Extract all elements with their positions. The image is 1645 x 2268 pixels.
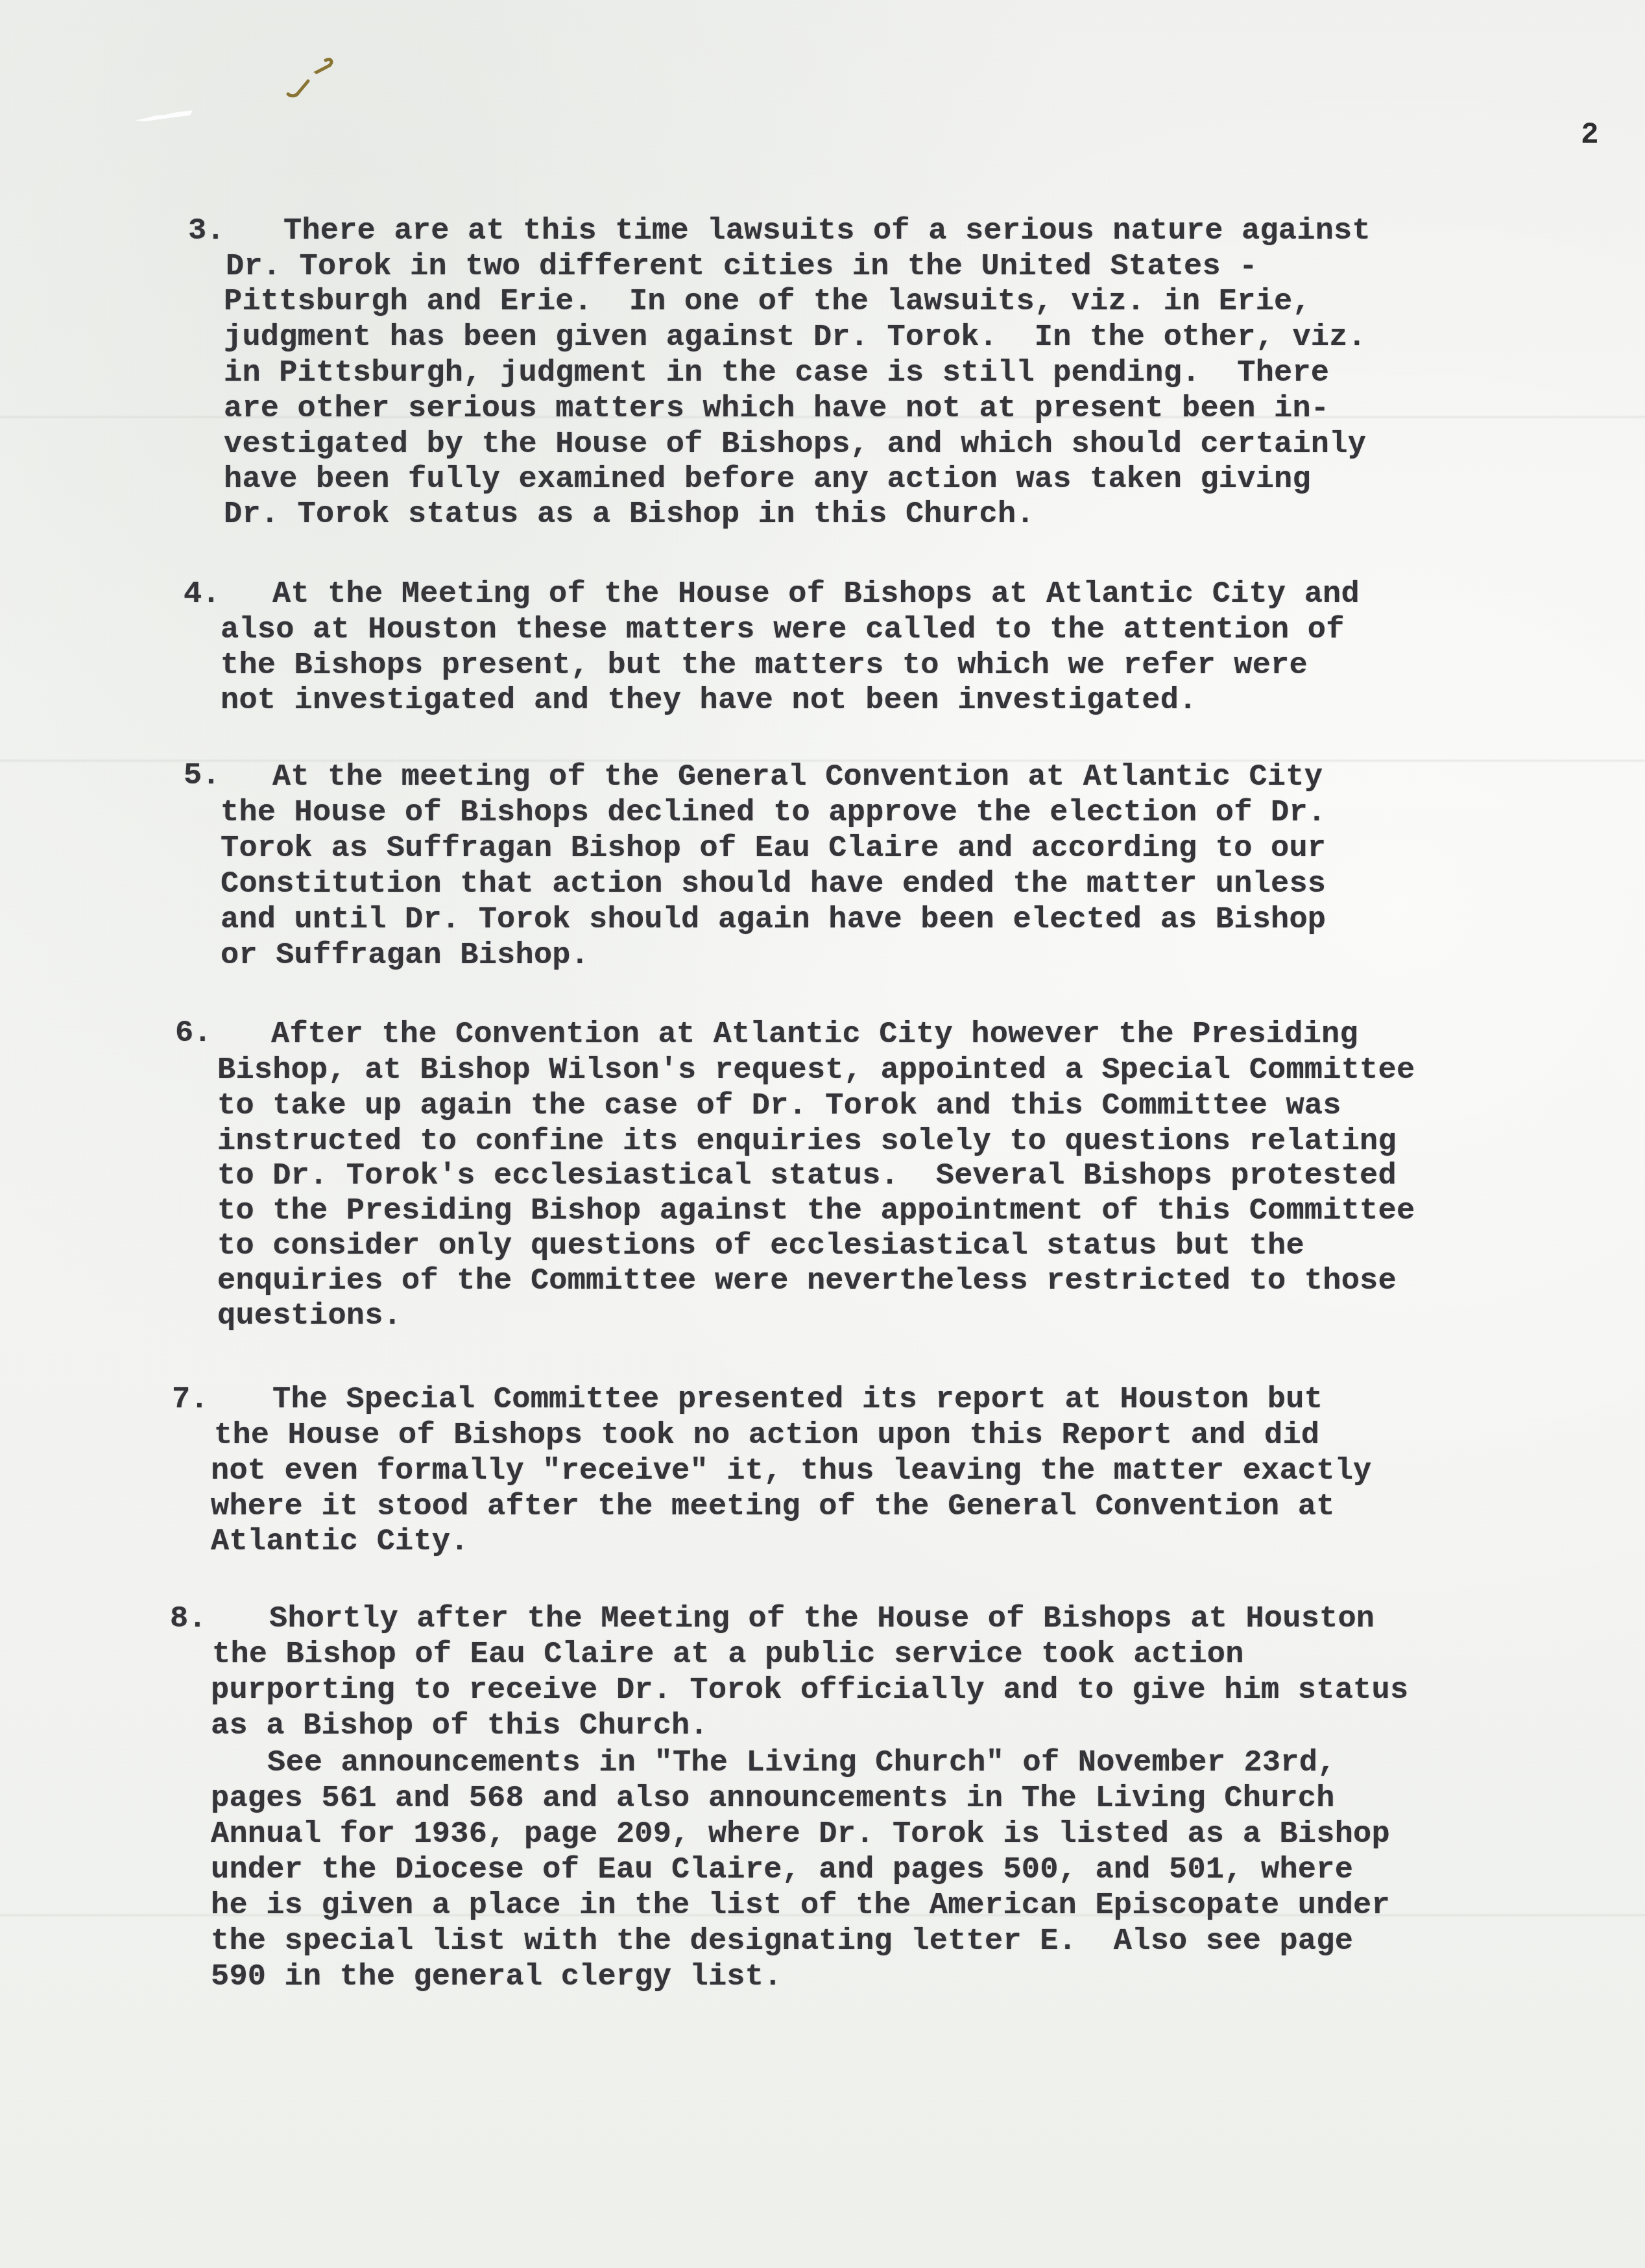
paragraph-line: enquiries of the Committee were neverthe… xyxy=(217,1266,1397,1296)
paragraph-number: 4. xyxy=(184,579,220,610)
paper-tear-mark xyxy=(133,109,195,123)
page-number: 2 xyxy=(1581,120,1599,150)
staple-icon xyxy=(279,55,337,101)
paragraph-line: Dr. Torok status as a Bishop in this Chu… xyxy=(224,499,1035,530)
paragraph-line: Torok as Suffragan Bishop of Eau Claire … xyxy=(221,833,1326,864)
paragraph-line: have been fully examined before any acti… xyxy=(224,464,1311,495)
paragraph-line: also at Houston these matters were calle… xyxy=(221,615,1345,645)
paragraph-line: to take up again the case of Dr. Torok a… xyxy=(217,1091,1341,1121)
paragraph-number: 3. xyxy=(188,216,224,246)
paragraph-line: the special list with the designating le… xyxy=(211,1926,1353,1957)
paragraph-number: 8. xyxy=(170,1604,206,1634)
paragraph-line: At the meeting of the General Convention… xyxy=(272,762,1323,793)
paragraph-line: the House of Bishops declined to approve… xyxy=(221,798,1326,828)
paragraph-line: The Special Committee presented its repo… xyxy=(272,1385,1323,1415)
paragraph-line: are other serious matters which have not… xyxy=(224,394,1329,424)
paragraph-line: At the Meeting of the House of Bishops a… xyxy=(272,579,1360,610)
paragraph-line: purporting to receive Dr. Torok official… xyxy=(211,1675,1408,1706)
paragraph-line: where it stood after the meeting of the … xyxy=(211,1492,1335,1522)
paragraph-line: and until Dr. Torok should again have be… xyxy=(221,905,1326,935)
paragraph-line: to consider only questions of ecclesiast… xyxy=(217,1231,1304,1261)
paragraph-line: 590 in the general clergy list. xyxy=(211,1962,782,1992)
document-page: 2 3. There are at this time lawsuits of … xyxy=(0,0,1645,2268)
paragraph-line: pages 561 and 568 and also announcements… xyxy=(211,1784,1335,1814)
paragraph-line: instructed to confine its enquiries sole… xyxy=(217,1127,1397,1157)
paragraph-line: the Bishops present, but the matters to … xyxy=(221,651,1308,681)
paragraph-line: under the Diocese of Eau Claire, and pag… xyxy=(211,1855,1353,1885)
paragraph-line: Constitution that action should have end… xyxy=(221,869,1326,900)
paragraph-line: There are at this time lawsuits of a ser… xyxy=(283,216,1371,246)
paragraph-line: See announcements in "The Living Church"… xyxy=(267,1748,1336,1778)
paragraph-line: Atlantic City. xyxy=(211,1527,469,1557)
paragraph-line: to Dr. Torok's ecclesiastical status. Se… xyxy=(217,1161,1397,1191)
paragraph-line: Dr. Torok in two different cities in the… xyxy=(226,252,1258,282)
paragraph-line: After the Convention at Atlantic City ho… xyxy=(271,1020,1358,1050)
paragraph-line: questions. xyxy=(217,1301,402,1331)
paragraph-line: to the Presiding Bishop against the appo… xyxy=(217,1196,1415,1226)
paragraph-number: 6. xyxy=(175,1018,211,1049)
paragraph-line: vestigated by the House of Bishops, and … xyxy=(224,429,1366,460)
paragraph-line: Bishop, at Bishop Wilson's request, appo… xyxy=(217,1055,1415,1086)
paragraph-line: Annual for 1936, page 209, where Dr. Tor… xyxy=(211,1819,1390,1850)
paragraph-line: in Pittsburgh, judgment in the case is s… xyxy=(224,358,1329,388)
paragraph-line: or Suffragan Bishop. xyxy=(221,940,589,971)
paragraph-line: not even formally "receive" it, thus lea… xyxy=(211,1456,1372,1486)
paragraph-line: Pittsburgh and Erie. In one of the lawsu… xyxy=(224,287,1311,317)
paragraph-line: as a Bishop of this Church. xyxy=(211,1711,708,1741)
paragraph-line: the Bishop of Eau Claire at a public ser… xyxy=(212,1640,1244,1670)
paragraph-line: not investigated and they have not been … xyxy=(221,686,1197,716)
paragraph-line: he is given a place in the list of the A… xyxy=(211,1891,1390,1921)
paragraph-line: judgment has been given against Dr. Toro… xyxy=(224,322,1366,353)
paragraph-line: Shortly after the Meeting of the House o… xyxy=(269,1604,1375,1634)
paragraph-number: 5. xyxy=(184,761,220,791)
paragraph-line: the House of Bishops took no action upon… xyxy=(214,1420,1319,1451)
paragraph-number: 7. xyxy=(172,1385,208,1415)
